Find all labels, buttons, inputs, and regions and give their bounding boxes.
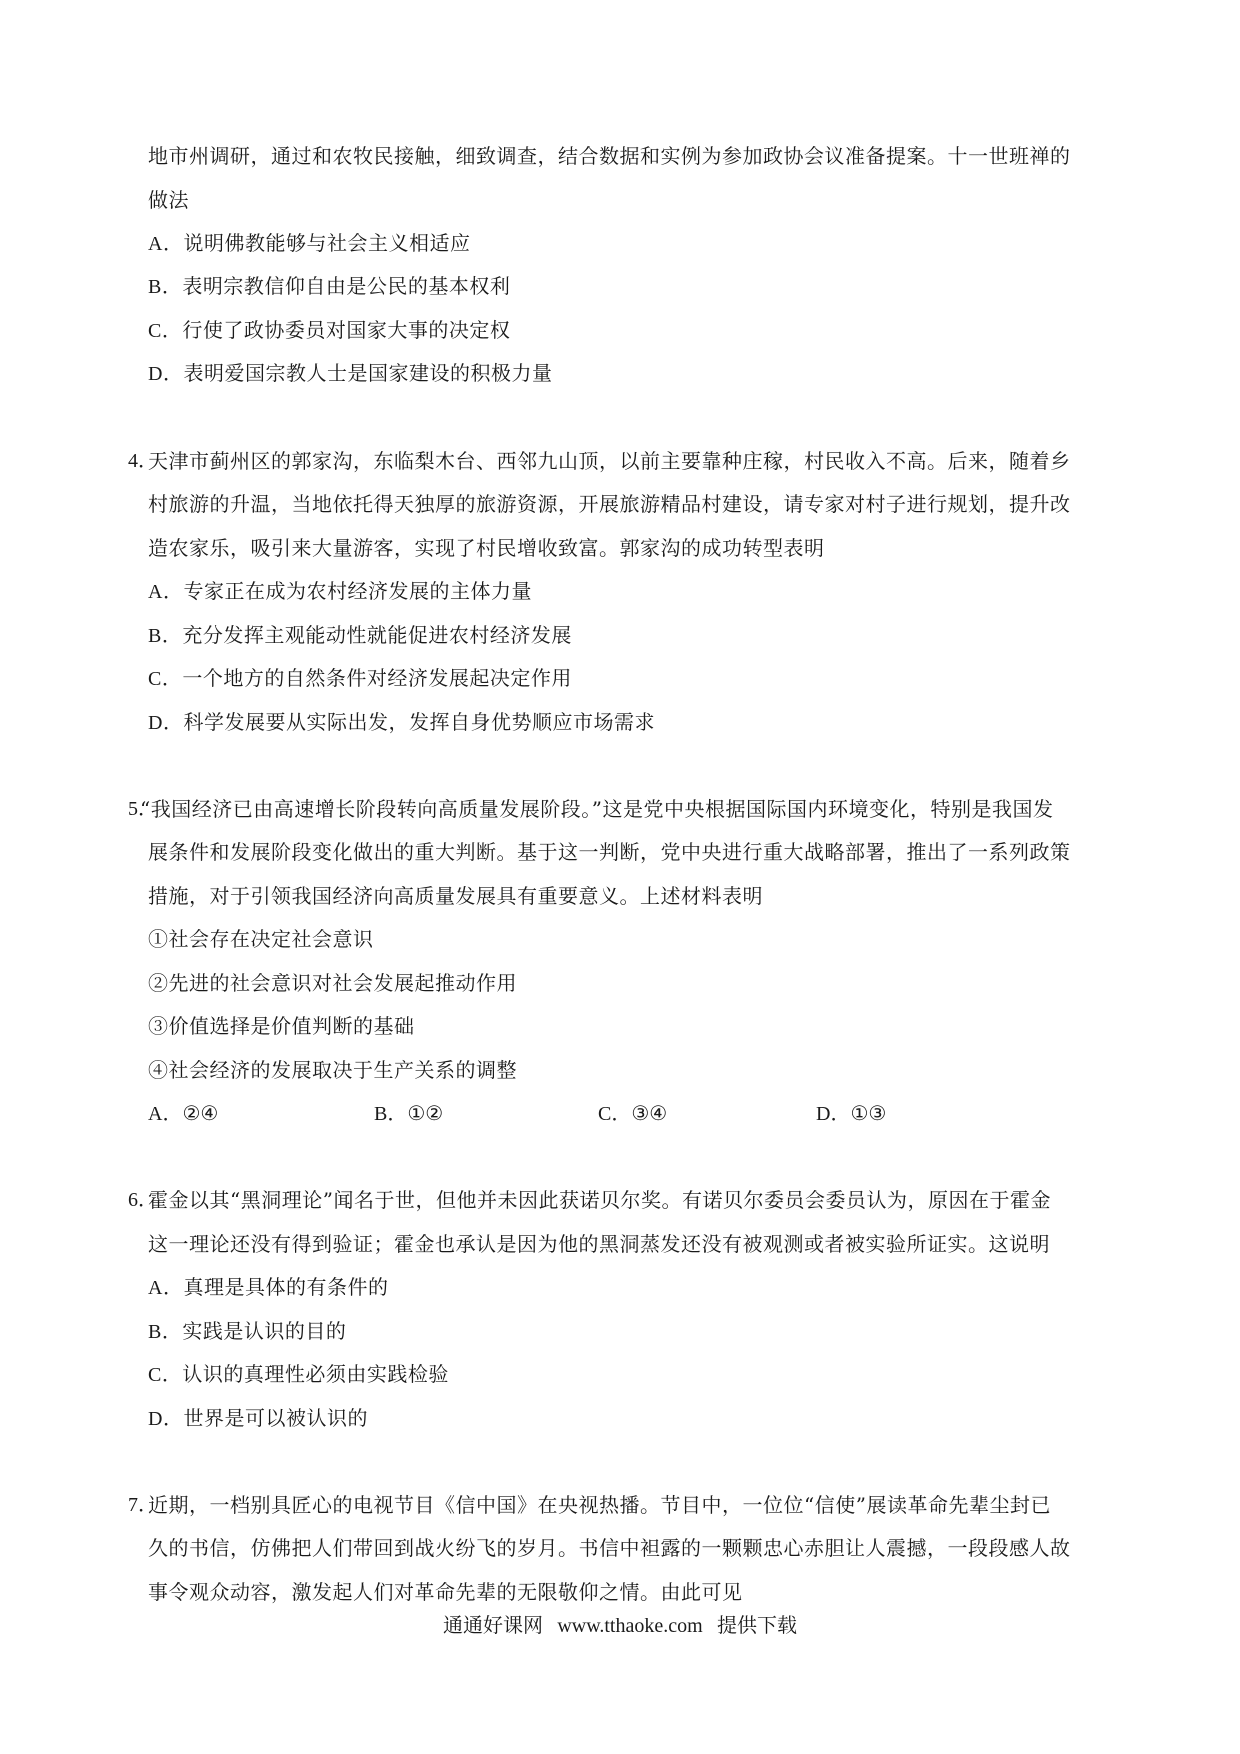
exam-page: 地市州调研，通过和农牧民接触，细致调查，结合数据和实例为参加政协会议准备提案。十…	[0, 0, 1240, 1754]
question-text-line: 做法	[148, 188, 189, 212]
option-c: C．一个地方的自然条件对经济发展起决定作用	[148, 666, 572, 691]
statement-1: ①社会存在决定社会意识	[148, 927, 374, 951]
question-text-line: 霍金以其“黑洞理论”闻名于世，但他并未因此获诺贝尔奖。有诺贝尔委员会委员认为，原…	[148, 1188, 1051, 1212]
option-d: D．世界是可以被认识的	[148, 1406, 368, 1431]
option-a: A．真理是具体的有条件的	[148, 1275, 388, 1300]
question-text-line: 这一理论还没有得到验证；霍金也承认是因为他的黑洞蒸发还没有被观测或者被实验所证实…	[148, 1232, 1050, 1256]
footer-suffix: 提供下载	[717, 1613, 797, 1637]
question-text-line: 措施，对于引领我国经济向高质量发展具有重要意义。上述材料表明	[148, 884, 763, 908]
footer-site-name: 通通好课网	[443, 1613, 543, 1637]
question-text-line: 天津市蓟州区的郭家沟，东临梨木台、西邻九山顶，以前主要靠种庄稼，村民收入不高。后…	[148, 449, 1071, 473]
footer-url-link[interactable]: www.tthaoke.com	[557, 1615, 702, 1637]
question-text-line: 村旅游的升温，当地依托得天独厚的旅游资源，开展旅游精品村建设，请专家对村子进行规…	[148, 492, 1071, 516]
option-b: B．①②	[374, 1101, 443, 1126]
question-text-line: 近期，一档别具匠心的电视节目《信中国》在央视热播。节目中，一位位“信使”展读革命…	[148, 1493, 1051, 1517]
option-b: B．实践是认识的目的	[148, 1319, 346, 1344]
page-footer: 通通好课网 www.tthaoke.com 提供下载	[0, 1613, 1240, 1638]
question-text-line: 造农家乐，吸引来大量游客，实现了村民增收致富。郭家沟的成功转型表明	[148, 536, 825, 560]
question-text-line: 久的书信，仿佛把人们带回到战火纷飞的岁月。书信中袒露的一颗颗忠心赤胆让人震撼，一…	[148, 1536, 1071, 1560]
option-a: A．②④	[148, 1101, 218, 1126]
question-text-line: 地市州调研，通过和农牧民接触，细致调查，结合数据和实例为参加政协会议准备提案。十…	[148, 144, 1071, 168]
option-a: A．说明佛教能够与社会主义相适应	[148, 231, 470, 256]
statement-3: ③价值选择是价值判断的基础	[148, 1014, 415, 1038]
question-text-line: 展条件和发展阶段变化做出的重大判断。基于这一判断，党中央进行重大战略部署，推出了…	[148, 840, 1071, 864]
option-d: D．科学发展要从实际出发，发挥自身优势顺应市场需求	[148, 710, 655, 735]
option-b: B．充分发挥主观能动性就能促进农村经济发展	[148, 623, 572, 648]
question-text-line: 事令观众动容，激发起人们对革命先辈的无限敬仰之情。由此可见	[148, 1580, 743, 1604]
option-d: D．表明爱国宗教人士是国家建设的积极力量	[148, 361, 552, 386]
option-c: C．③④	[598, 1101, 667, 1126]
option-c: C．认识的真理性必须由实践检验	[148, 1362, 449, 1387]
statement-2: ②先进的社会意识对社会发展起推动作用	[148, 971, 517, 995]
option-c: C．行使了政协委员对国家大事的决定权	[148, 318, 510, 343]
option-d: D．①③	[816, 1101, 886, 1126]
statement-4: ④社会经济的发展取决于生产关系的调整	[148, 1058, 517, 1082]
option-b: B．表明宗教信仰自由是公民的基本权利	[148, 274, 510, 299]
option-a: A．专家正在成为农村经济发展的主体力量	[148, 579, 532, 604]
question-text-line: “我国经济已由高速增长阶段转向高质量发展阶段。”这是党中央根据国际国内环境变化，…	[140, 797, 1053, 821]
